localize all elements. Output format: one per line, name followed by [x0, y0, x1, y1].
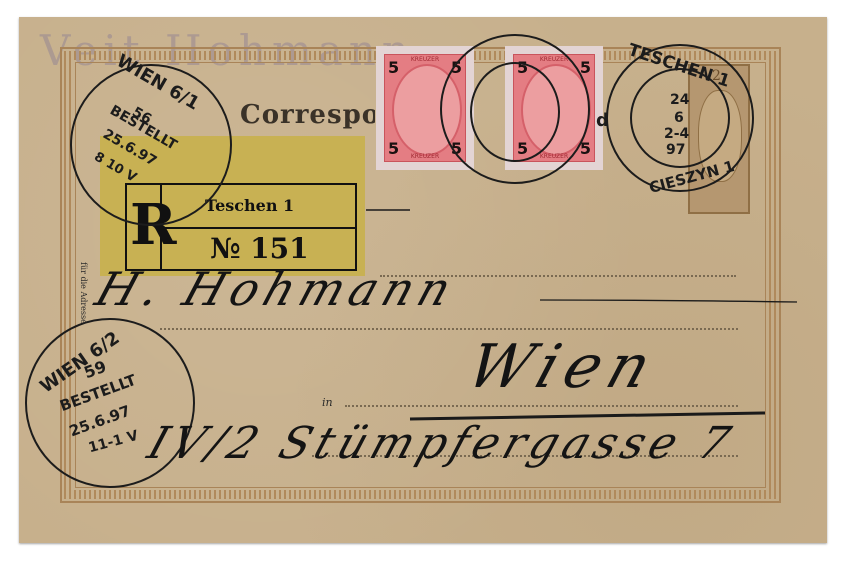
ink-underlines	[0, 0, 850, 562]
